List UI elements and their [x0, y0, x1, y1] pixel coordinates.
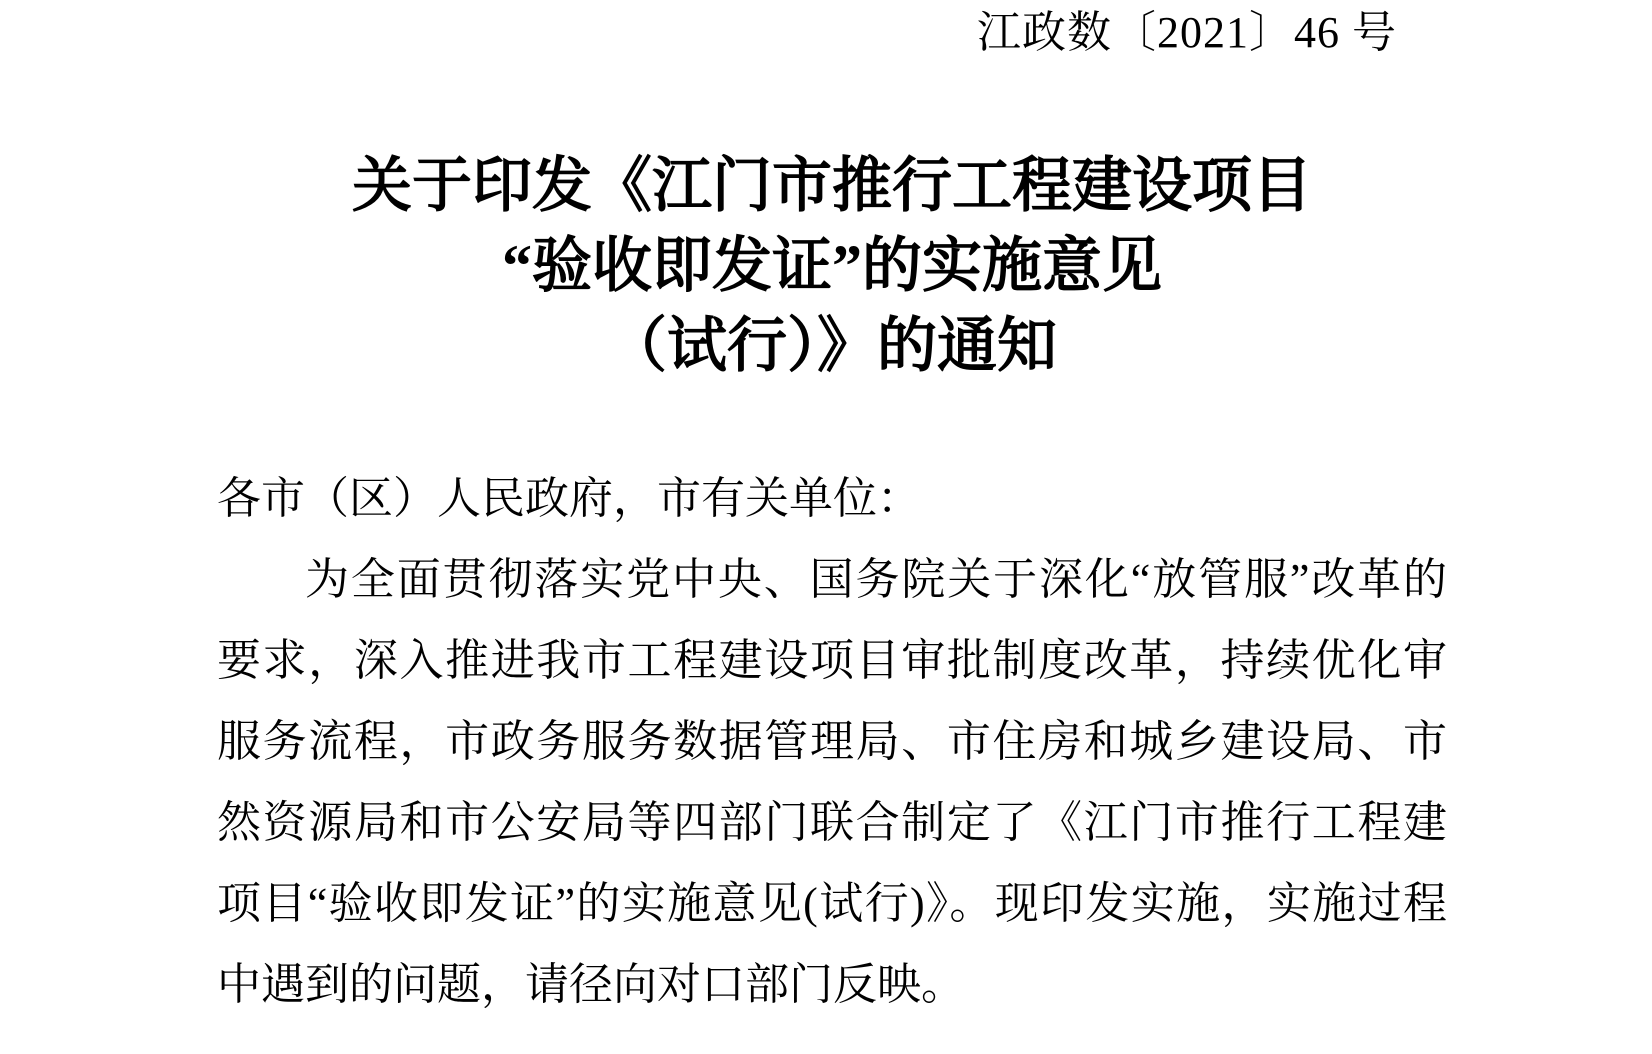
- title-line-1: 关于印发《江门市推行工程建设项目: [217, 146, 1447, 226]
- salutation: 各市（区）人民政府，市有关单位：: [217, 458, 1447, 539]
- document-title: 关于印发《江门市推行工程建设项目 “验收即发证”的实施意见 （试行）》的通知: [217, 146, 1447, 386]
- document-page: 江政数〔2021〕46 号 关于印发《江门市推行工程建设项目 “验收即发证”的实…: [0, 0, 1652, 1054]
- title-line-2: “验收即发证”的实施意见: [217, 226, 1447, 306]
- title-line-3: （试行）》的通知: [217, 306, 1447, 386]
- document-number: 江政数〔2021〕46 号: [977, 6, 1397, 60]
- document-body: 各市（区）人民政府，市有关单位： 为全面贯彻落实党中央、国务院关于深化“放管服”…: [217, 458, 1447, 1025]
- body-line: 为全面贯彻落实党中央、国务院关于深化“放管服”改革的: [217, 539, 1447, 620]
- body-line: 项目“验收即发证”的实施意见(试行)》。现印发实施，实施过程: [217, 863, 1447, 944]
- body-line: 服务流程，市政务服务数据管理局、市住房和城乡建设局、市自: [217, 701, 1447, 782]
- body-line: 中遇到的问题，请径向对口部门反映。: [217, 944, 1447, 1025]
- body-line: 然资源局和市公安局等四部门联合制定了《江门市推行工程建设: [217, 782, 1447, 863]
- body-line: 要求，深入推进我市工程建设项目审批制度改革，持续优化审批: [217, 620, 1447, 701]
